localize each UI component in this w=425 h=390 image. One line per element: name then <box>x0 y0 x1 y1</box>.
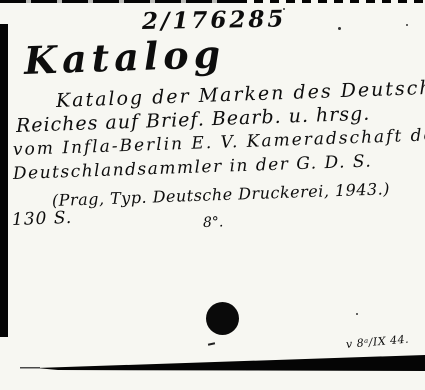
scan-edge-top-dashed <box>238 0 425 3</box>
dust-speck <box>356 313 358 315</box>
imprint-line: (Prag, Typ. Deutsche Druckerei, 1943.) <box>52 181 391 209</box>
punch-hole <box>206 302 239 335</box>
format-note: 8°. <box>203 215 224 230</box>
dust-speck <box>338 27 341 30</box>
scan-edge-left <box>0 24 8 337</box>
dust-speck <box>406 24 408 26</box>
call-number: 2/176285 <box>142 7 287 33</box>
page-count: 130 S. <box>12 210 73 229</box>
ink-mark <box>208 342 215 345</box>
catalog-card-scan: 2/176285 Katalog Katalog der Marken des … <box>0 0 425 390</box>
scan-edge-top <box>0 0 238 3</box>
card-title: Katalog <box>23 35 225 80</box>
date-note: v 8ᵃ/IX 44. <box>346 334 410 350</box>
scan-edge-bottom <box>0 350 425 380</box>
